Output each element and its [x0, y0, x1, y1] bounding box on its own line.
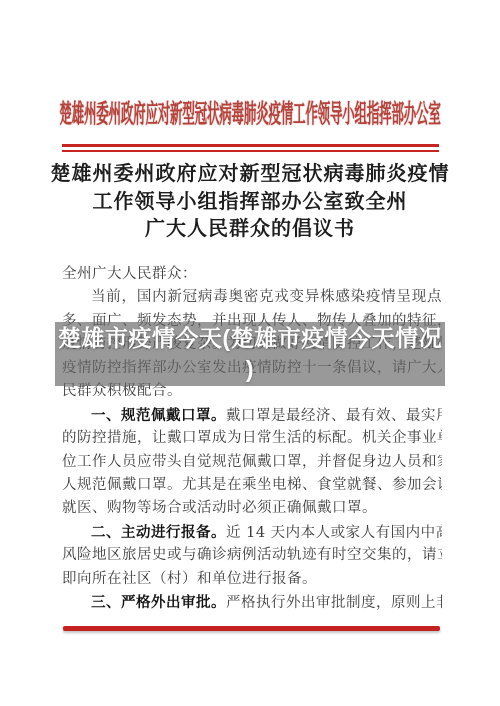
title-line-2: 工作领导小组指挥部办公室致全州 — [0, 188, 500, 216]
body-line-text: 风险地区旅居史或与确诊病例活动轨迹有时空交集的，请立 — [62, 547, 442, 563]
bottom-red-rule — [63, 626, 440, 631]
body-line-text: 就医、购物等场合或活动时必须正确佩戴口罩。 — [62, 500, 377, 516]
caption-overlay: 楚雄市疫情今天(楚雄市疫情今天情况 ) — [55, 322, 445, 386]
body-line-heading: 二、主动进行报备。 — [91, 524, 226, 541]
body-line: 一、规范佩戴口罩。戴口罩是最经济、最有效、最实用 — [62, 404, 442, 427]
body-line: 当前，国内新冠病毒奥密克戎变异株感染疫情呈现点 — [62, 286, 442, 309]
letterhead-divider — [62, 144, 439, 152]
body-line-text: 当前，国内新冠病毒奥密克戎变异株感染疫情呈现点 — [91, 289, 442, 305]
body-line-text: 人规范佩戴口罩。尤其是在乘坐电梯、食堂就餐、参加会议、 — [62, 477, 442, 493]
caption-overlay-text-line-1: 楚雄市疫情今天(楚雄市疫情今天情况 — [58, 323, 442, 354]
document-page: 楚雄州委州政府应对新型冠状病毒肺炎疫情工作领导小组指挥部办公室 楚雄州委州政府应… — [0, 0, 500, 706]
body-line-text: 近 14 天内本人或家人有国内中高 — [226, 525, 442, 541]
body-line-heading: 三、严格外出审批。 — [91, 594, 226, 611]
body-line: 就医、购物等场合或活动时必须正确佩戴口罩。 — [62, 497, 442, 520]
document-body: 全州广大人民群众：当前，国内新冠病毒奥密克戎变异株感染疫情呈现点多、面广、频发态… — [62, 263, 442, 615]
document-title: 楚雄州委州政府应对新型冠状病毒肺炎疫情 工作领导小组指挥部办公室致全州 广大人民… — [0, 160, 500, 243]
body-line: 即向所在社区（村）和单位进行报备。 — [62, 568, 442, 591]
title-line-3: 广大人民群众的倡议书 — [0, 215, 500, 243]
letterhead-banner: 楚雄州委州政府应对新型冠状病毒肺炎疫情工作领导小组指挥部办公室 — [0, 84, 500, 140]
body-line: 全州广大人民群众： — [62, 263, 442, 286]
body-line-text: 戴口罩是最经济、最有效、最实用 — [226, 408, 442, 424]
body-line-text: 位工作人员应带头自觉规范佩戴口罩，并督促身边人员和家 — [62, 454, 442, 470]
body-line-text: 严格执行外出审批制度，原则上非 — [226, 595, 442, 611]
body-line: 位工作人员应带头自觉规范佩戴口罩，并督促身边人员和家 — [62, 451, 442, 474]
body-line: 三、严格外出审批。严格执行外出审批制度，原则上非 — [62, 591, 442, 614]
body-line: 人规范佩戴口罩。尤其是在乘坐电梯、食堂就餐、参加会议、 — [62, 474, 442, 497]
caption-overlay-text-line-2: ) — [246, 354, 254, 385]
body-line: 的防控措施，让戴口罩成为日常生活的标配。机关企事业单 — [62, 427, 442, 450]
body-line: 二、主动进行报备。近 14 天内本人或家人有国内中高 — [62, 521, 442, 544]
letterhead-banner-text: 楚雄州委州政府应对新型冠状病毒肺炎疫情工作领导小组指挥部办公室 — [59, 94, 440, 131]
body-line-text: 即向所在社区（村）和单位进行报备。 — [62, 571, 317, 587]
body-line-text: 的防控措施，让戴口罩成为日常生活的标配。机关企事业单 — [62, 430, 442, 446]
title-line-1: 楚雄州委州政府应对新型冠状病毒肺炎疫情 — [0, 160, 500, 188]
body-line-heading: 一、规范佩戴口罩。 — [91, 407, 226, 424]
body-line-text: 全州广大人民群众： — [62, 266, 197, 282]
body-line: 风险地区旅居史或与确诊病例活动轨迹有时空交集的，请立 — [62, 544, 442, 567]
